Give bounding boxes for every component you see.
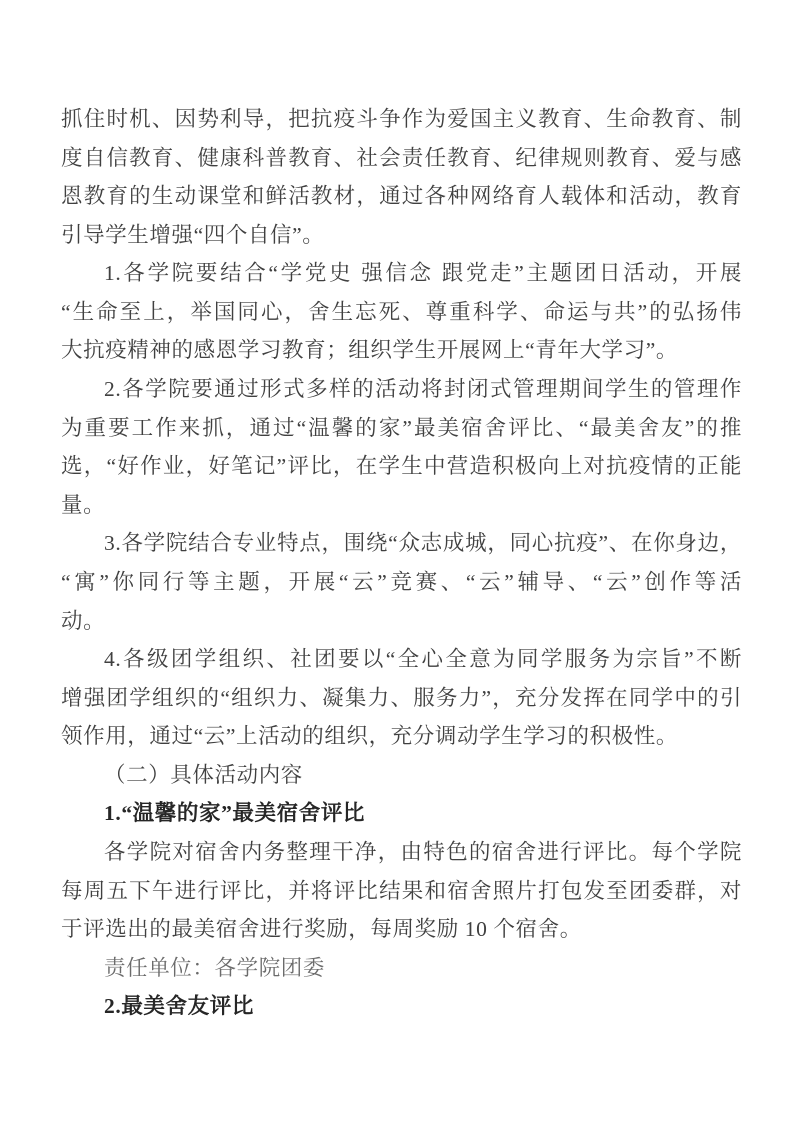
text-line: 为重要工作来抓，通过“温馨的家”最美宿舍评比、“最美舍友”的推 (61, 409, 742, 448)
activity-heading-1: 1.“温馨的家”最美宿舍评比 (61, 794, 742, 833)
text-line: 领作用，通过“云”上活动的组织，充分调动学生学习的积极性。 (61, 717, 742, 756)
paragraph-item-2: 2.各学院要通过形式多样的活动将封闭式管理期间学生的管理作为重要工作来抓，通过“… (61, 370, 742, 524)
paragraph-activity-1-body: 各学院对宿舍内务整理干净，由特色的宿舍进行评比。每个学院每周五下午进行评比，并将… (61, 833, 742, 949)
text-line: 2.各学院要通过形式多样的活动将封闭式管理期间学生的管理作 (61, 370, 742, 409)
text-line: 抓住时机、因势利导，把抗疫斗争作为爱国主义教育、生命教育、制 (61, 100, 742, 139)
text-line: 3.各学院结合专业特点，围绕“众志成城，同心抗疫”、在你身边， (61, 524, 742, 563)
document-body: 抓住时机、因势利导，把抗疫斗争作为爱国主义教育、生命教育、制度自信教育、健康科普… (61, 100, 742, 1026)
text-line: “寓”你同行等主题，开展“云”竞赛、“云”辅导、“云”创作等活 (61, 563, 742, 602)
text-line: 1.“温馨的家”最美宿舍评比 (61, 794, 742, 833)
section-heading-2: （二）具体活动内容 (61, 756, 742, 795)
text-line: “生命至上，举国同心，舍生忘死、尊重科学、命运与共”的弘扬伟 (61, 293, 742, 332)
paragraph-item-3: 3.各学院结合专业特点，围绕“众志成城，同心抗疫”、在你身边，“寓”你同行等主题… (61, 524, 742, 640)
text-line: （二）具体活动内容 (61, 756, 742, 795)
text-line: 恩教育的生动课堂和鲜活教材，通过各种网络育人载体和活动，教育 (61, 177, 742, 216)
text-line: 2.最美舍友评比 (61, 987, 742, 1026)
text-line: 责任单位：各学院团委 (61, 949, 742, 988)
text-line: 4.各级团学组织、社团要以“全心全意为同学服务为宗旨”不断 (61, 640, 742, 679)
text-line: 选，“好作业，好笔记”评比，在学生中营造积极向上对抗疫情的正能 (61, 447, 742, 486)
responsible-unit-1: 责任单位：各学院团委 (61, 949, 742, 988)
text-line: 各学院对宿舍内务整理干净，由特色的宿舍进行评比。每个学院 (61, 833, 742, 872)
text-line: 引导学生增强“四个自信”。 (61, 216, 742, 255)
activity-heading-2: 2.最美舍友评比 (61, 987, 742, 1026)
paragraph-intro-continuation: 抓住时机、因势利导，把抗疫斗争作为爱国主义教育、生命教育、制度自信教育、健康科普… (61, 100, 742, 254)
document-page: 抓住时机、因势利导，把抗疫斗争作为爱国主义教育、生命教育、制度自信教育、健康科普… (0, 0, 794, 1123)
text-line: 度自信教育、健康科普教育、社会责任教育、纪律规则教育、爱与感 (61, 139, 742, 178)
text-line: 量。 (61, 486, 742, 525)
text-line: 增强团学组织的“组织力、凝集力、服务力”，充分发挥在同学中的引 (61, 679, 742, 718)
text-line: 动。 (61, 602, 742, 641)
text-line: 1.各学院要结合“学党史 强信念 跟党走”主题团日活动，开展 (61, 254, 742, 293)
text-line: 于评选出的最美宿舍进行奖励，每周奖励 10 个宿舍。 (61, 910, 742, 949)
paragraph-item-4: 4.各级团学组织、社团要以“全心全意为同学服务为宗旨”不断增强团学组织的“组织力… (61, 640, 742, 756)
paragraph-item-1: 1.各学院要结合“学党史 强信念 跟党走”主题团日活动，开展“生命至上，举国同心… (61, 254, 742, 370)
text-line: 大抗疫精神的感恩学习教育；组织学生开展网上“青年大学习”。 (61, 331, 742, 370)
text-line: 每周五下午进行评比，并将评比结果和宿舍照片打包发至团委群，对 (61, 872, 742, 911)
